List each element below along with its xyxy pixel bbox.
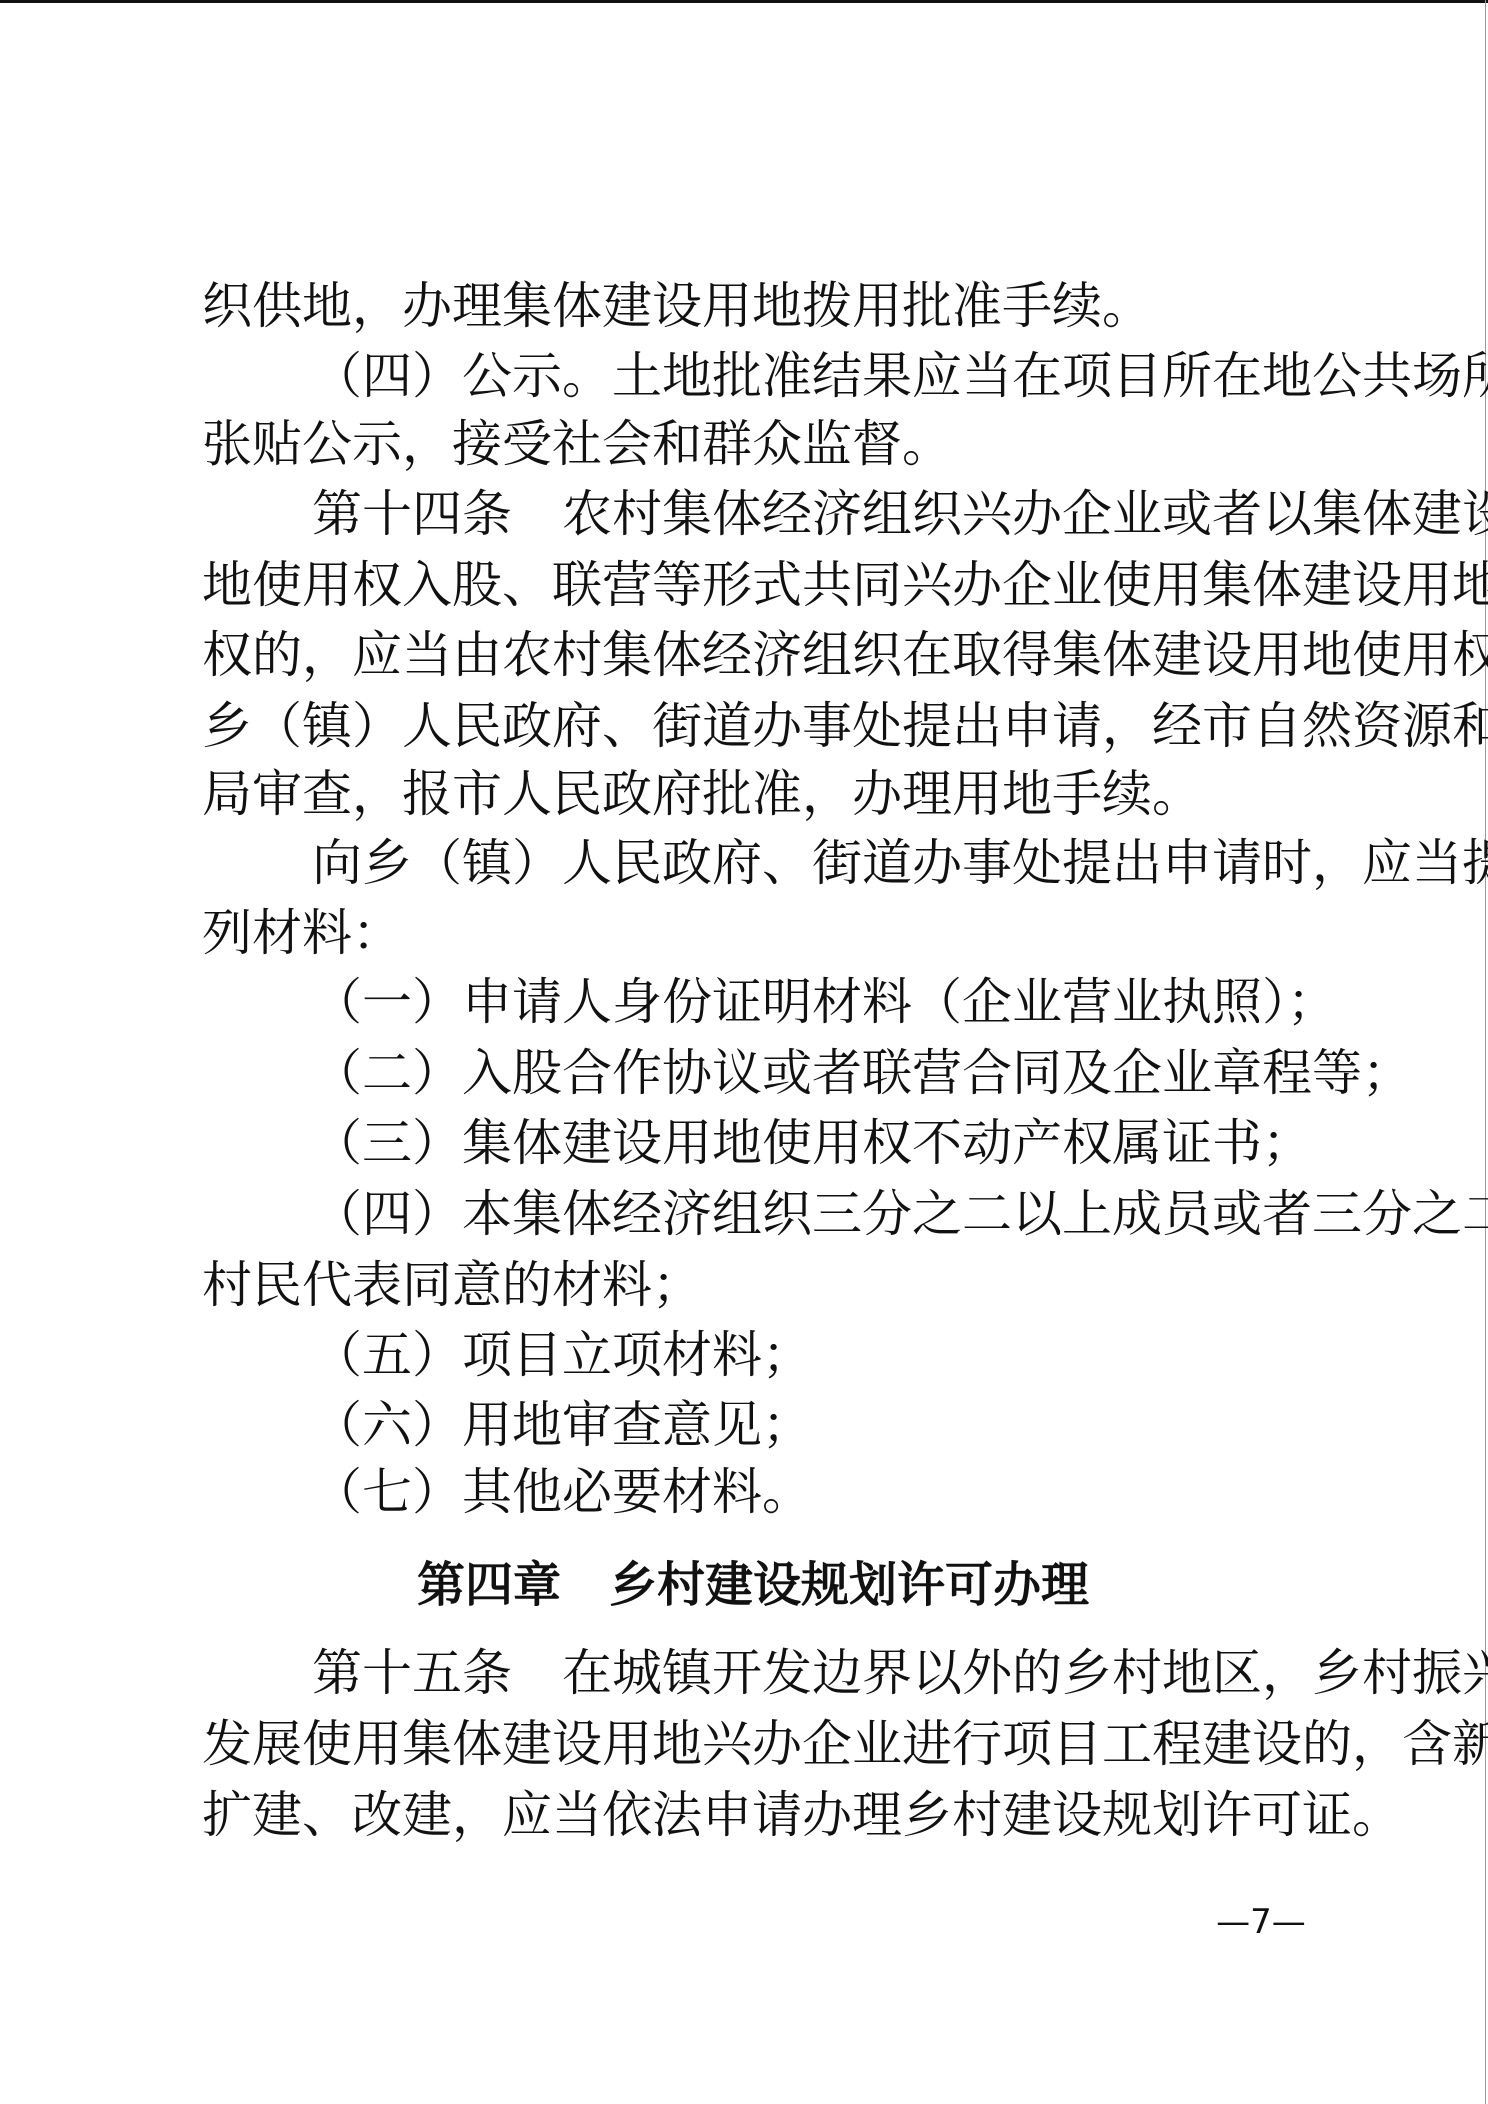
text-line: 权的，应当由农村集体经济组织在取得集体建设用地使用权后向 bbox=[202, 620, 1302, 690]
list-item: （七）其他必要材料。 bbox=[202, 1457, 1302, 1527]
text-line: 发展使用集体建设用地兴办企业进行项目工程建设的，含新建、 bbox=[202, 1709, 1302, 1779]
list-item: （四）本集体经济组织三分之二以上成员或者三分之二以上 bbox=[202, 1179, 1302, 1249]
text-line: 扩建、改建，应当依法申请办理乡村建设规划许可证。 bbox=[202, 1780, 1302, 1850]
list-item: （五）项目立项材料； bbox=[202, 1320, 1302, 1390]
chapter-heading: 第四章 乡村建设规划许可办理 bbox=[0, 1550, 1488, 1620]
text-line: 地使用权入股、联营等形式共同兴办企业使用集体建设用地使用 bbox=[202, 550, 1302, 620]
text-line: 织供地，办理集体建设用地拨用批准手续。 bbox=[202, 271, 1302, 341]
top-border bbox=[0, 0, 1488, 3]
article-15-line: 第十五条 在城镇开发边界以外的乡村地区，乡村振兴产业 bbox=[202, 1638, 1302, 1708]
right-border bbox=[1485, 0, 1486, 2104]
text-line: 张贴公示，接受社会和群众监督。 bbox=[202, 409, 1302, 479]
list-item: （六）用地审查意见； bbox=[202, 1390, 1302, 1460]
text-line: 列材料： bbox=[202, 898, 1302, 968]
page-number: —7— bbox=[1214, 1902, 1308, 1942]
document-page: 织供地，办理集体建设用地拨用批准手续。 （四）公示。土地批准结果应当在项目所在地… bbox=[0, 0, 1488, 2104]
text-line: （四）公示。土地批准结果应当在项目所在地公共场所进行 bbox=[202, 341, 1302, 411]
list-item: （二）入股合作协议或者联营合同及企业章程等； bbox=[202, 1038, 1302, 1108]
text-line: 村民代表同意的材料； bbox=[202, 1250, 1302, 1320]
list-item: （三）集体建设用地使用权不动产权属证书； bbox=[202, 1108, 1302, 1178]
text-line: 乡（镇）人民政府、街道办事处提出申请，经市自然资源和规划 bbox=[202, 691, 1302, 761]
list-item: （一）申请人身份证明材料（企业营业执照）； bbox=[202, 967, 1302, 1037]
text-line: 局审查，报市人民政府批准，办理用地手续。 bbox=[202, 759, 1302, 829]
article-14-line: 第十四条 农村集体经济组织兴办企业或者以集体建设用 bbox=[202, 479, 1302, 549]
text-line: 向乡（镇）人民政府、街道办事处提出申请时，应当提交下 bbox=[202, 828, 1302, 898]
